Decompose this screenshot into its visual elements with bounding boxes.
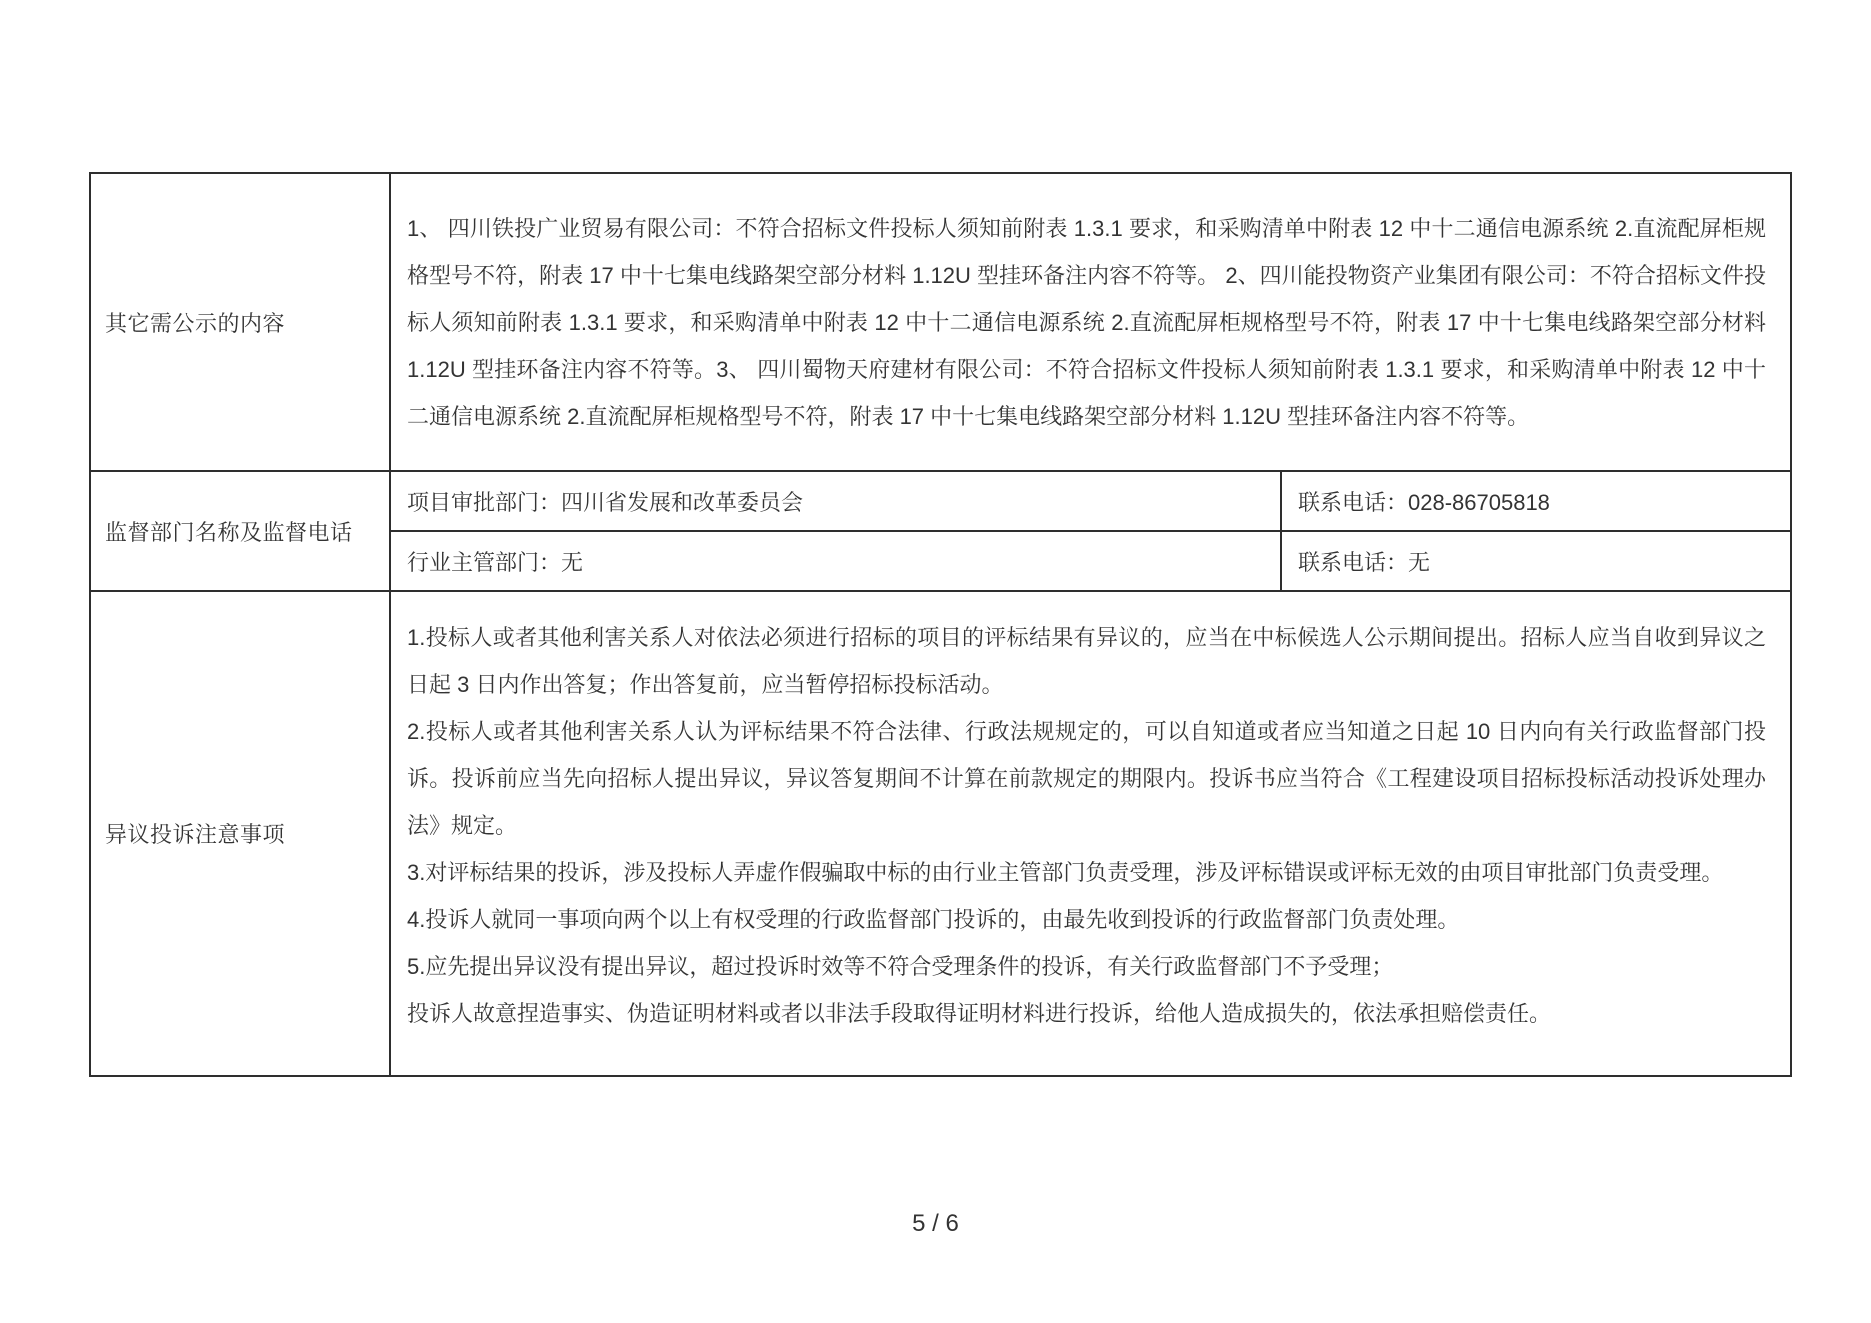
notice-table: 其它需公示的内容 1、 四川铁投广业贸易有限公司：不符合招标文件投标人须知前附表… [89, 172, 1792, 1077]
industry-department-cell: 行业主管部门：无 [390, 531, 1281, 591]
complaint-notes-cell: 1.投标人或者其他利害关系人对依法必须进行招标的项目的评标结果有异议的，应当在中… [390, 591, 1791, 1076]
complaint-line-3: 3.对评标结果的投诉，涉及投标人弄虚作假骗取中标的由行业主管部门负责受理，涉及评… [407, 849, 1766, 896]
row-label-supervision: 监督部门名称及监督电话 [90, 471, 390, 591]
table-row-other-content: 其它需公示的内容 1、 四川铁投广业贸易有限公司：不符合招标文件投标人须知前附表… [90, 173, 1791, 471]
row-label-complaint: 异议投诉注意事项 [90, 591, 390, 1076]
complaint-line-5: 5.应先提出异议没有提出异议，超过投诉时效等不符合受理条件的投诉，有关行政监督部… [407, 943, 1766, 990]
complaint-line-4: 4.投诉人就同一事项向两个以上有权受理的行政监督部门投诉的，由最先收到投诉的行政… [407, 896, 1766, 943]
complaint-line-6: 投诉人故意捏造事实、伪造证明材料或者以非法手段取得证明材料进行投诉，给他人造成损… [407, 990, 1766, 1037]
approval-department-cell: 项目审批部门：四川省发展和改革委员会 [390, 471, 1281, 531]
row-label-other-content: 其它需公示的内容 [90, 173, 390, 471]
complaint-line-2: 2.投标人或者其他利害关系人认为评标结果不符合法律、行政法规规定的，可以自知道或… [407, 708, 1766, 849]
approval-phone-cell: 联系电话：028-86705818 [1281, 471, 1791, 531]
other-content-text: 1、 四川铁投广业贸易有限公司：不符合招标文件投标人须知前附表 1.3.1 要求… [390, 173, 1791, 471]
complaint-line-1: 1.投标人或者其他利害关系人对依法必须进行招标的项目的评标结果有异议的，应当在中… [407, 614, 1766, 708]
page-number: 5 / 6 [0, 1210, 1871, 1238]
table-row-supervision-1: 监督部门名称及监督电话 项目审批部门：四川省发展和改革委员会 联系电话：028-… [90, 471, 1791, 531]
document-page: 其它需公示的内容 1、 四川铁投广业贸易有限公司：不符合招标文件投标人须知前附表… [0, 0, 1871, 1323]
industry-phone-cell: 联系电话：无 [1281, 531, 1791, 591]
table-row-complaint: 异议投诉注意事项 1.投标人或者其他利害关系人对依法必须进行招标的项目的评标结果… [90, 591, 1791, 1076]
